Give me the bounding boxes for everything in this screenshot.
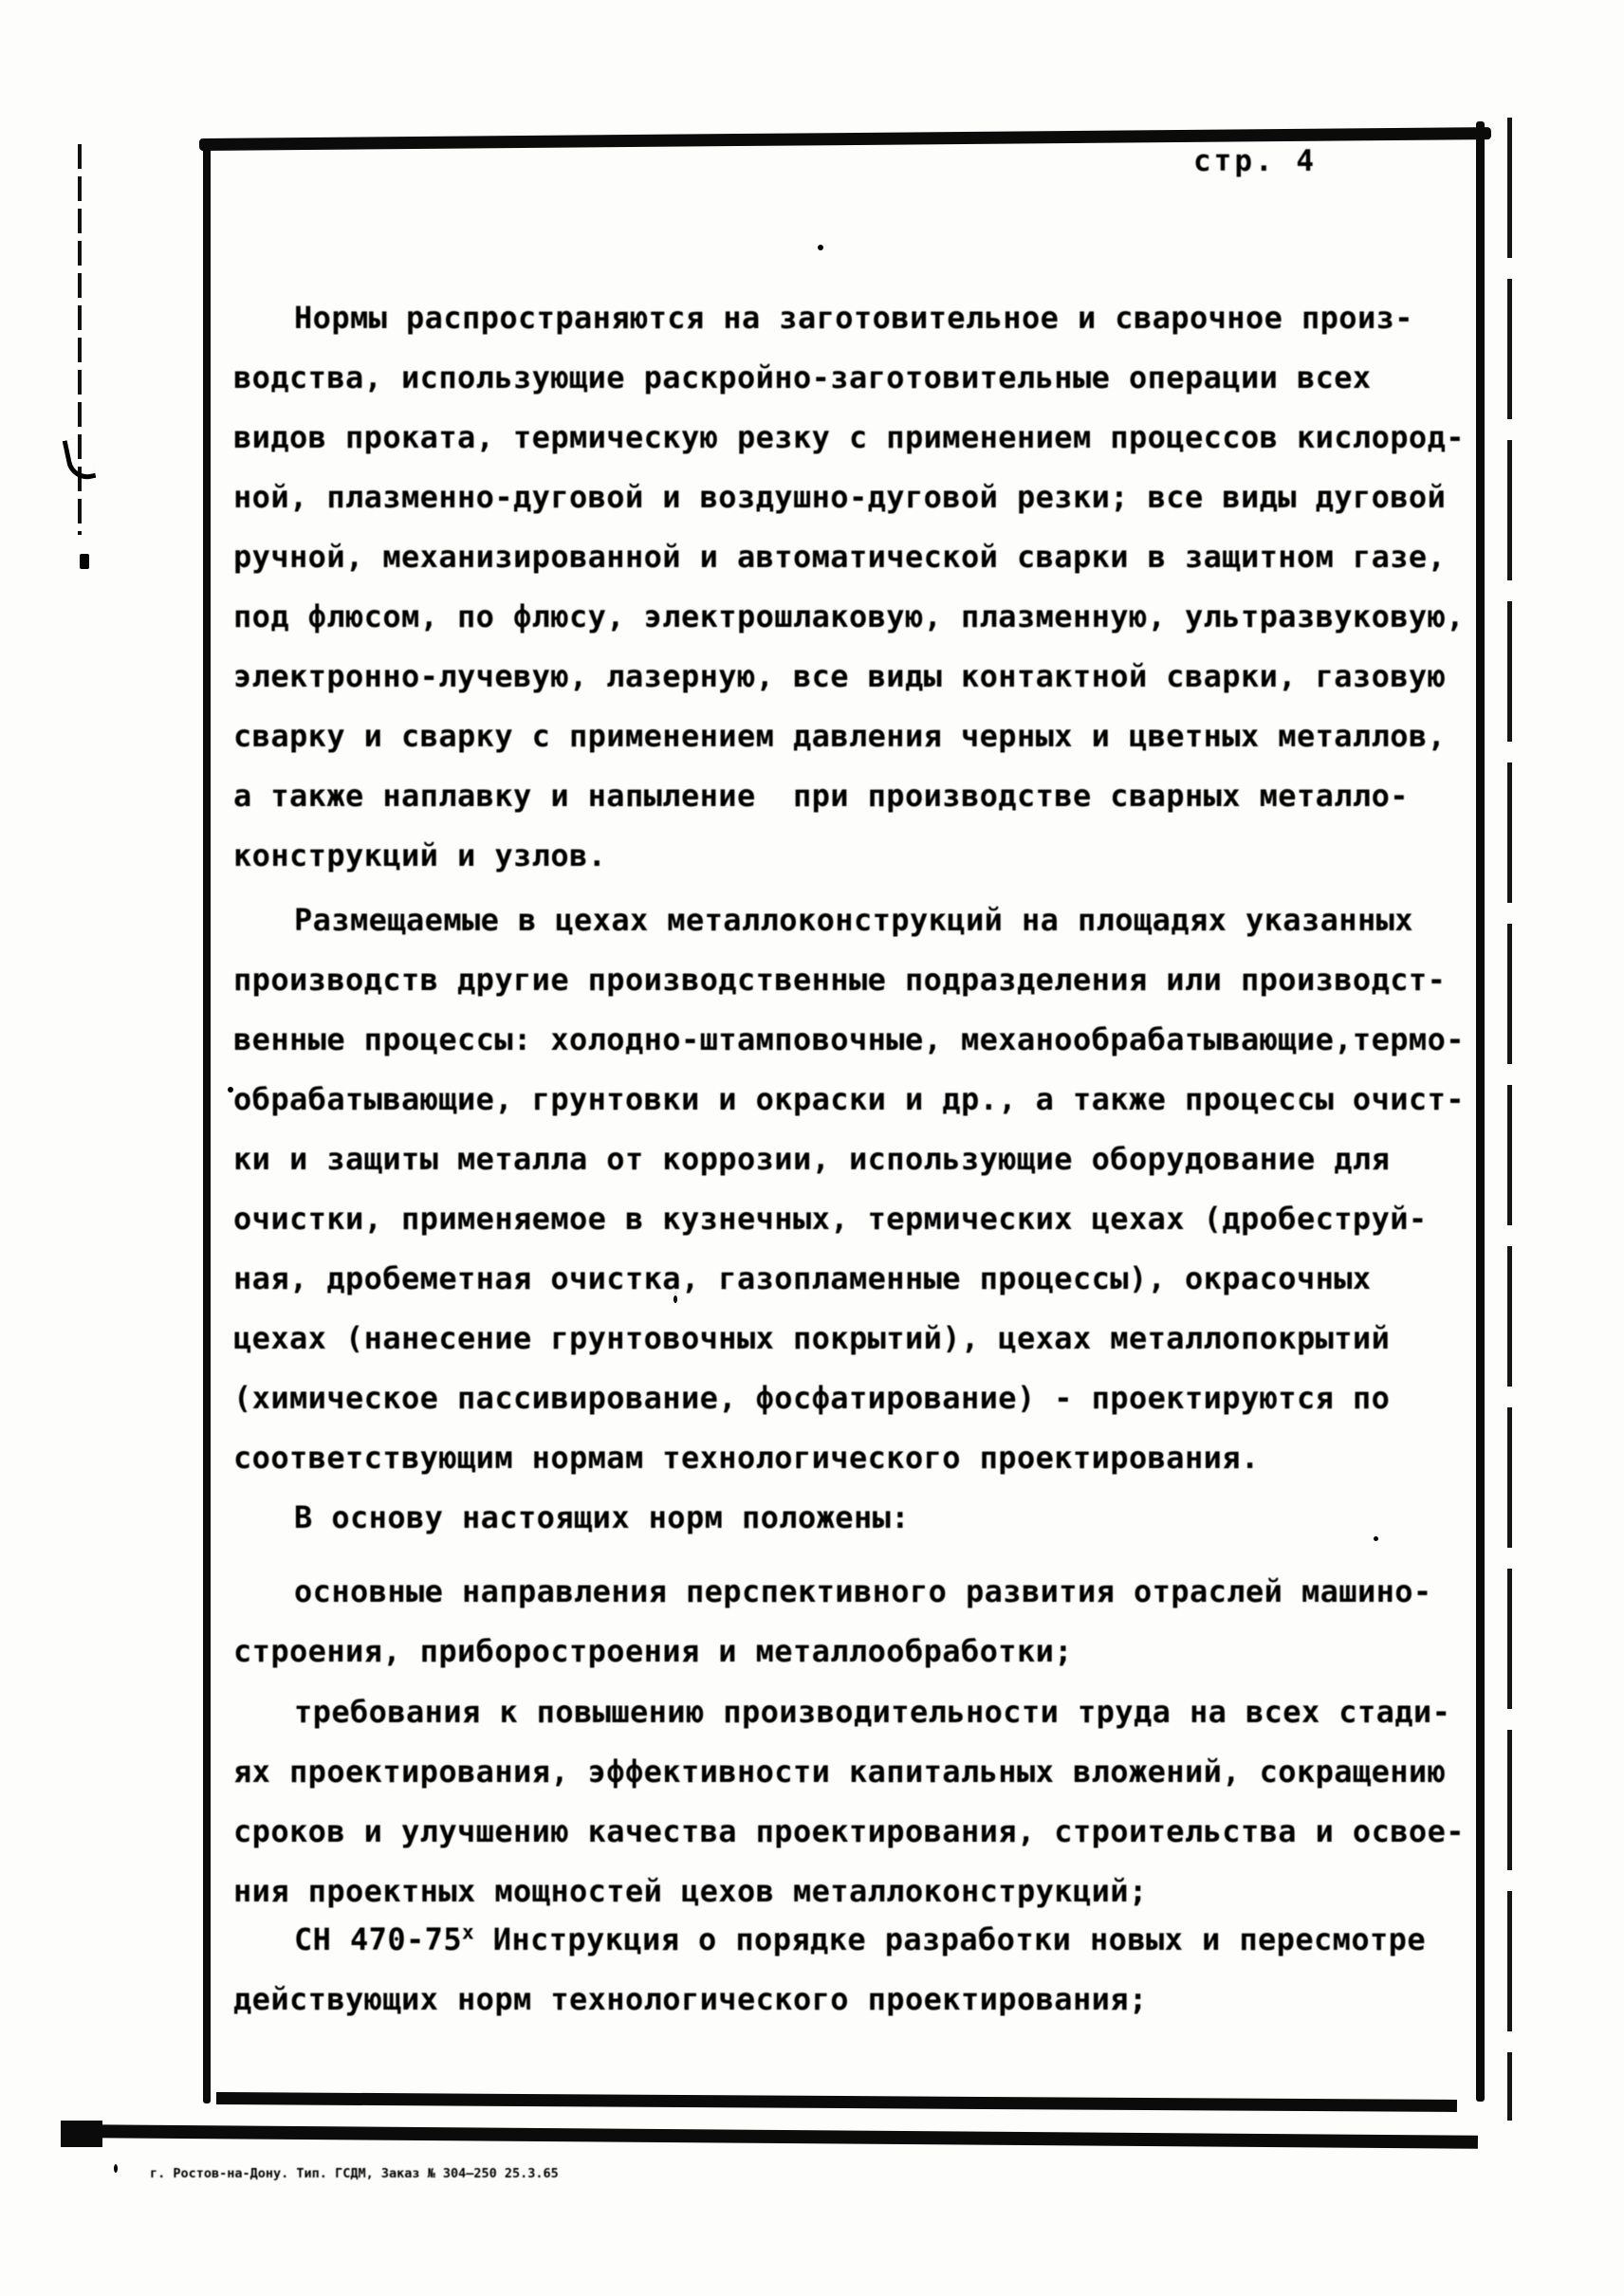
right-margin-dashed-line [1507, 118, 1512, 2121]
text-line: Нормы распространяются на заготовительно… [233, 288, 1486, 348]
text-line: видов проката, термическую резку с приме… [233, 408, 1486, 468]
text-line: основные направления перспективного разв… [233, 1562, 1486, 1622]
text-line: требования к повышению производительност… [233, 1682, 1486, 1742]
text-line: (химическое пассивирование, фосфатирован… [233, 1368, 1486, 1428]
paragraph-4: основные направления перспективного разв… [233, 1562, 1486, 1681]
text-line: очистки, применяемое в кузнечных, термич… [233, 1189, 1486, 1249]
text-line: В основу настоящих норм положены: [233, 1488, 1486, 1548]
frame-border-left [203, 138, 211, 2103]
text-line: сварку и сварку с применением давления ч… [233, 707, 1486, 766]
margin-ink-mark [80, 554, 89, 569]
paragraph-5: требования к повышению производительност… [233, 1682, 1486, 1921]
paragraph-1: Нормы распространяются на заготовительно… [233, 288, 1486, 886]
outer-bottom-line [63, 2124, 1478, 2149]
ink-blob [61, 2121, 102, 2147]
scanned-document-page: стр. 4 Нормы распространяются на заготов… [0, 0, 1624, 2296]
text-line: ях проектирования, эффективности капитал… [233, 1742, 1486, 1802]
text-line: венные процессы: холодно-штамповочные, м… [233, 1010, 1486, 1070]
text-line: под флюсом, по флюсу, электрошлаковую, п… [233, 587, 1486, 647]
text-line: сроков и улучшению качества проектирован… [233, 1802, 1486, 1862]
text-line: соответствующим нормам технологического … [233, 1428, 1486, 1488]
text-line: ная, дробеметная очистка, газопламенные … [233, 1249, 1486, 1309]
text-line: Размещаемые в цехах металлоконструкций н… [233, 891, 1486, 950]
printer-imprint: г. Ростов-на-Дону. Тип. ГСДМ, Заказ № 30… [150, 2166, 559, 2181]
text-line: ной, плазменно-дуговой и воздушно-дугово… [233, 468, 1486, 527]
paragraph-2: Размещаемые в цехах металлоконструкций н… [233, 891, 1486, 1488]
text-line-with-superscript: СН 470-75х Инструкция о порядке разработ… [233, 1910, 1486, 1970]
frame-border-bottom [216, 2092, 1457, 2112]
margin-squiggle-mark [63, 436, 97, 484]
ink-speck [818, 245, 823, 250]
text-line: цехах (нанесение грунтовочных покрытий),… [233, 1309, 1486, 1368]
text-line: строения, приборостроения и металлообраб… [233, 1622, 1486, 1681]
page-number-label: стр. 4 [1193, 144, 1317, 178]
paragraph-6: СН 470-75х Инструкция о порядке разработ… [233, 1910, 1486, 2030]
text-line: обрабатывающие, грунтовки и окраски и др… [233, 1070, 1486, 1130]
text-line: производств другие производственные подр… [233, 950, 1486, 1010]
text-line: водства, использующие раскройно-заготови… [233, 348, 1486, 408]
reference-text: Инструкция о порядке разработки новых и … [474, 1921, 1426, 1957]
superscript-mark: х [462, 1920, 474, 1943]
paragraph-3: В основу настоящих норм положены: [233, 1488, 1486, 1548]
text-line: действующих норм технологического проект… [233, 1970, 1486, 2030]
reference-code: СН 470-75 [294, 1921, 462, 1957]
text-line: ручной, механизированной и автоматическо… [233, 527, 1486, 587]
text-line: конструкций и узлов. [233, 826, 1486, 886]
text-line: а также наплавку и напыление при произво… [233, 766, 1486, 826]
text-line: электронно-лучевую, лазерную, все виды к… [233, 647, 1486, 707]
text-line: ки и защиты металла от коррозии, использ… [233, 1130, 1486, 1189]
ink-speck [114, 2164, 118, 2173]
